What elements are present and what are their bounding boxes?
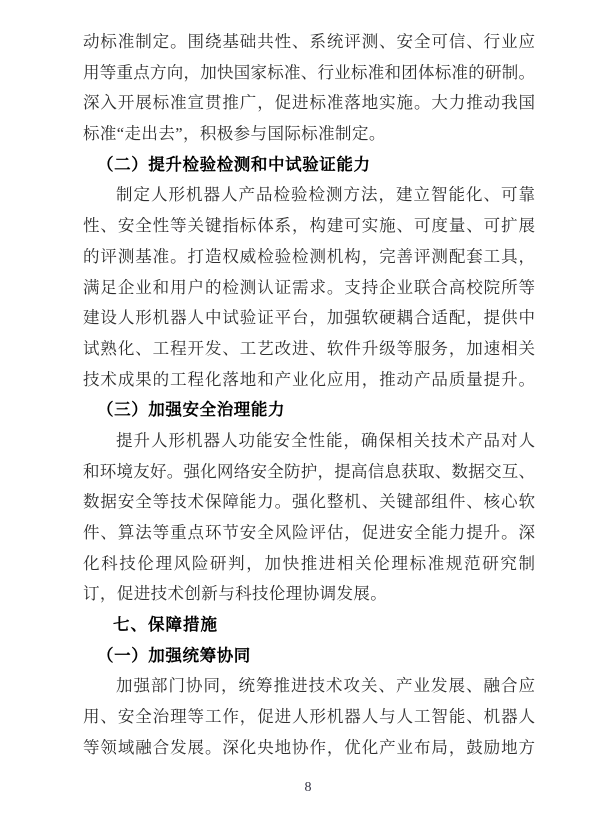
subsection-heading: （二）提升检验检测和中试验证能力 [83,150,535,181]
text-line: 用等重点方向，加快国家标准、行业标准和团体标准的研制。 [83,58,535,89]
subsection-heading: （一）加强统筹协同 [83,641,535,672]
text-line: 和环境友好。强化网络安全防护，提高信息获取、数据交互、 [83,457,535,488]
text-line: 性、安全性等关键指标体系，构建可实施、可度量、可扩展 [83,211,535,242]
text-line: 等领域融合发展。深化央地协作，优化产业布局，鼓励地方 [83,733,535,764]
text-line: 订，促进技术创新与科技伦理协调发展。 [83,579,535,610]
section-heading: 七、保障措施 [83,610,535,641]
text-line: 动标准制定。围绕基础共性、系统评测、安全可信、行业应 [83,27,535,58]
text-line: 标准“走出去”，积极参与国际标准制定。 [83,119,535,150]
text-line: 用、安全治理等工作，促进人形机器人与人工智能、机器人 [83,702,535,733]
text-line: 的评测基准。打造权威检验检测机构，完善评测配套工具， [83,242,535,273]
document-body: 动标准制定。围绕基础共性、系统评测、安全可信、行业应用等重点方向，加快国家标准、… [83,27,535,764]
document-page: 动标准制定。围绕基础共性、系统评测、安全可信、行业应用等重点方向，加快国家标准、… [0,0,616,828]
text-line: 技术成果的工程化落地和产业化应用，推动产品质量提升。 [83,365,535,396]
text-line: 建设人形机器人中试验证平台，加强软硬耦合适配，提供中 [83,303,535,334]
subsection-heading: （三）加强安全治理能力 [83,395,535,426]
text-line: 化科技伦理风险研判，加快推进相关伦理标准规范研究制 [83,549,535,580]
page-number: 8 [0,780,616,796]
text-line: 件、算法等重点环节安全风险评估，促进安全能力提升。深 [83,518,535,549]
text-line: 深入开展标准宣贯推广，促进标准落地实施。大力推动我国 [83,88,535,119]
text-line: 满足企业和用户的检测认证需求。支持企业联合高校院所等 [83,273,535,304]
text-line: 数据安全等技术保障能力。强化整机、关键部组件、核心软 [83,487,535,518]
text-line: 提升人形机器人功能安全性能，确保相关技术产品对人 [83,426,535,457]
text-line: 加强部门协同，统筹推进技术攻关、产业发展、融合应 [83,671,535,702]
text-line: 制定人形机器人产品检验检测方法，建立智能化、可靠 [83,180,535,211]
text-line: 试熟化、工程开发、工艺改进、软件升级等服务，加速相关 [83,334,535,365]
